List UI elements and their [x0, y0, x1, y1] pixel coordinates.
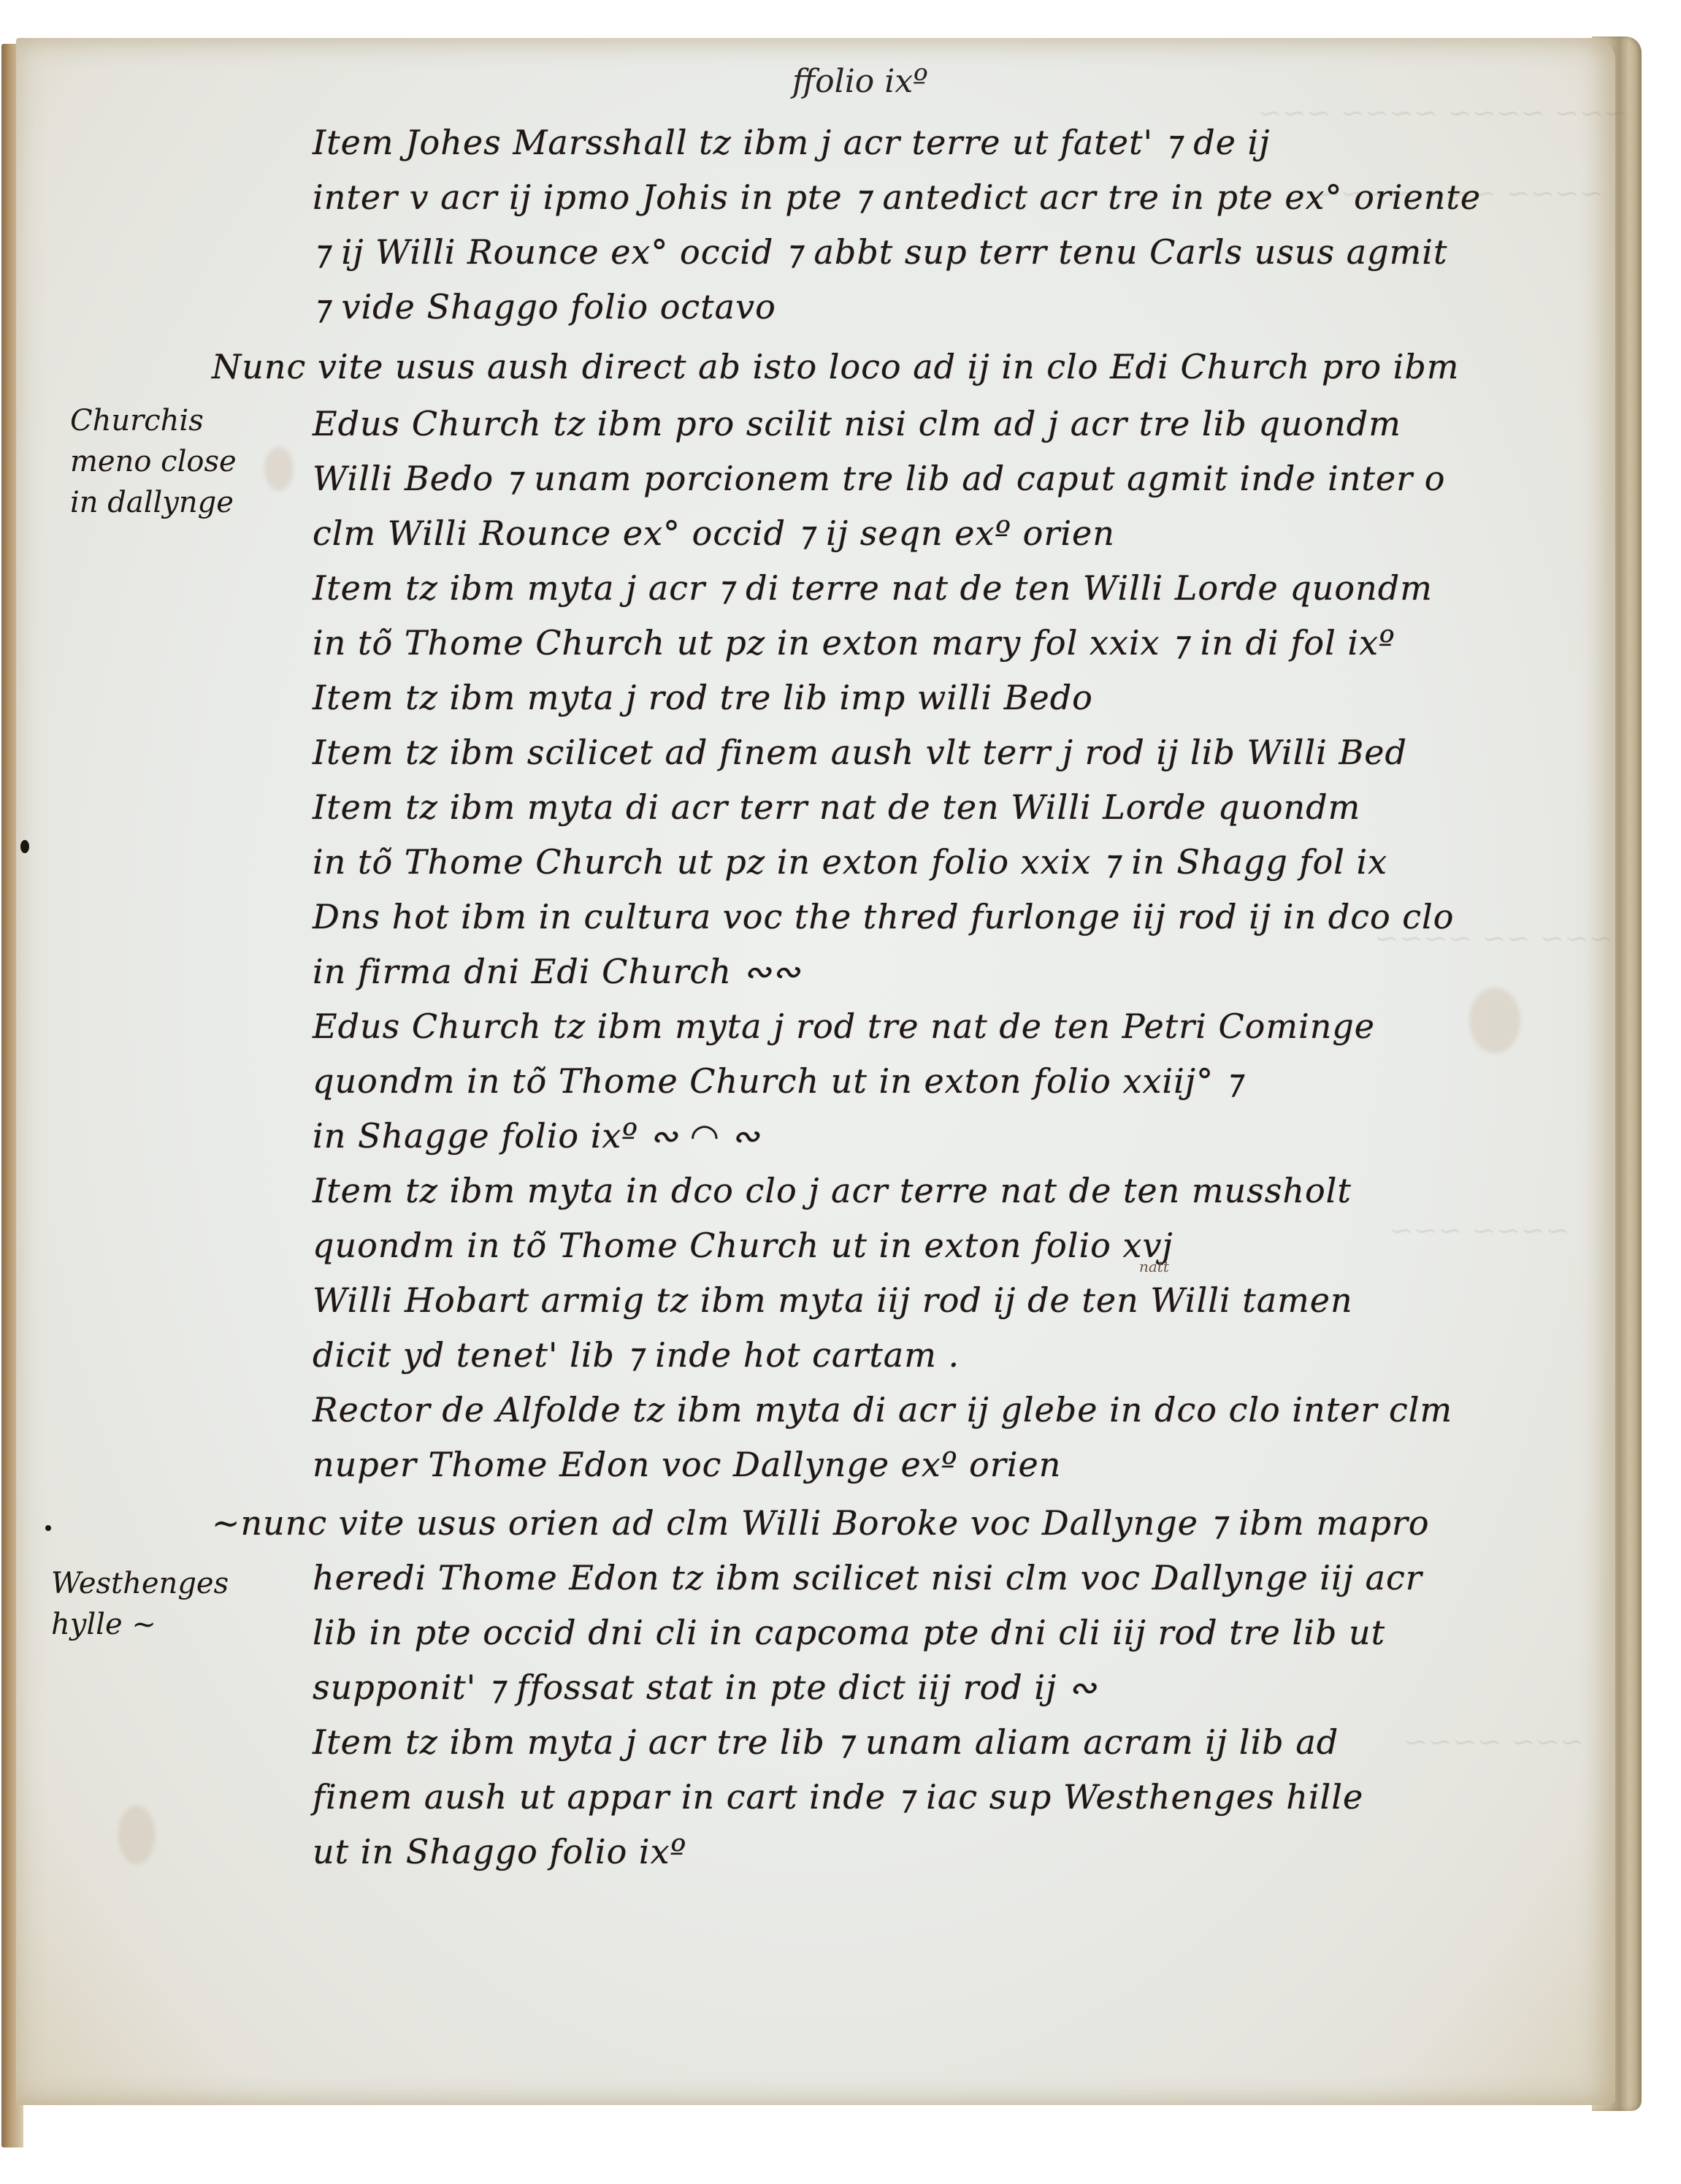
text-line: heredi Thome Edon tz ibm scilicet nisi c… — [313, 1558, 1422, 1597]
text-line: clm Willi Rounce ex° occid ⁊ ij seqn exº… — [313, 513, 1115, 553]
text-line: ⁊ ij Willi Rounce ex° occid ⁊ abbt sup t… — [313, 232, 1447, 272]
text-line: Willi Bedo ⁊ unam porcionem tre lib ad c… — [313, 459, 1446, 498]
text-line: supponit' ⁊ ffossat stat in pte dict iij… — [313, 1668, 1097, 1707]
ink-mark — [20, 840, 29, 853]
text-line: quondm in tõ Thome Church ut in exton fo… — [313, 1226, 1173, 1265]
text-line: ~nunc vite usus orien ad clm Willi Borok… — [212, 1503, 1430, 1543]
text-line: quondm in tõ Thome Church ut in exton fo… — [313, 1061, 1243, 1101]
text-line: ⁊ vide Shaggo folio octavo — [313, 287, 776, 327]
text-line: dicit yd tenet' lib ⁊ inde hot cartam . — [313, 1335, 960, 1375]
text-line: Item tz ibm myta in dco clo j acr terre … — [313, 1171, 1352, 1210]
text-line: Item tz ibm myta j rod tre lib imp willi… — [313, 678, 1093, 717]
text-line: in firma dni Edi Church ∾∾ — [313, 952, 801, 991]
text-line: inter v acr ij ipmo Johis in pte ⁊ anted… — [313, 177, 1481, 217]
margin-note-churchis: Churchis meno close in dallynge — [70, 400, 237, 523]
show-through-text: ~~~~ ~~~ — [1389, 1214, 1569, 1248]
stain — [1469, 988, 1520, 1053]
text-line: in tõ Thome Church ut pz in exton folio … — [313, 842, 1387, 882]
interlinear-note: natt — [1139, 1258, 1169, 1275]
text-line: Item tz ibm myta di acr terr nat de ten … — [313, 787, 1360, 827]
text-line: Willi Hobart armig tz ibm myta iij rod i… — [313, 1280, 1353, 1320]
text-line: lib in pte occid dni cli in capcoma pte … — [313, 1613, 1385, 1652]
ink-mark — [45, 1525, 51, 1531]
text-line: ut in Shaggo folio ixº — [313, 1832, 686, 1871]
text-line: Edus Church tz ibm pro scilit nisi clm a… — [313, 404, 1401, 443]
text-line: in Shagge folio ixº ∾ ◠ ∾ — [313, 1116, 760, 1156]
show-through-text: ~~~ ~~~~ — [1404, 1725, 1584, 1759]
text-line: in tõ Thome Church ut pz in exton mary f… — [313, 623, 1395, 663]
margin-note-westhenges: Westhenges hylle ~ — [51, 1563, 229, 1645]
text-line: finem aush ut appar in cart inde ⁊ iac s… — [313, 1777, 1363, 1817]
folio-heading: ffolio ixº — [792, 63, 928, 100]
text-line: Nunc vite usus aush direct ab isto loco … — [212, 347, 1459, 386]
text-line: Item tz ibm myta j acr ⁊ di terre nat de… — [313, 568, 1433, 608]
text-line: nuper Thome Edon voc Dallynge exº orien — [313, 1445, 1061, 1484]
text-line: Rector de Alfolde tz ibm myta di acr ij … — [313, 1390, 1452, 1429]
stain — [118, 1806, 155, 1864]
text-line: Item Johes Marsshall tz ibm j acr terre … — [313, 123, 1271, 162]
show-through-text: ~~~ ~~~~ ~~~~ ~~~ — [1257, 96, 1628, 130]
text-line: Item tz ibm scilicet ad finem aush vlt t… — [313, 733, 1407, 772]
stain — [264, 447, 294, 491]
text-line: Item tz ibm myta j acr tre lib ⁊ unam al… — [313, 1722, 1339, 1762]
text-line: Edus Church tz ibm myta j rod tre nat de… — [313, 1007, 1375, 1046]
text-line: Dns hot ibm in cultura voc the thred fur… — [313, 897, 1454, 936]
